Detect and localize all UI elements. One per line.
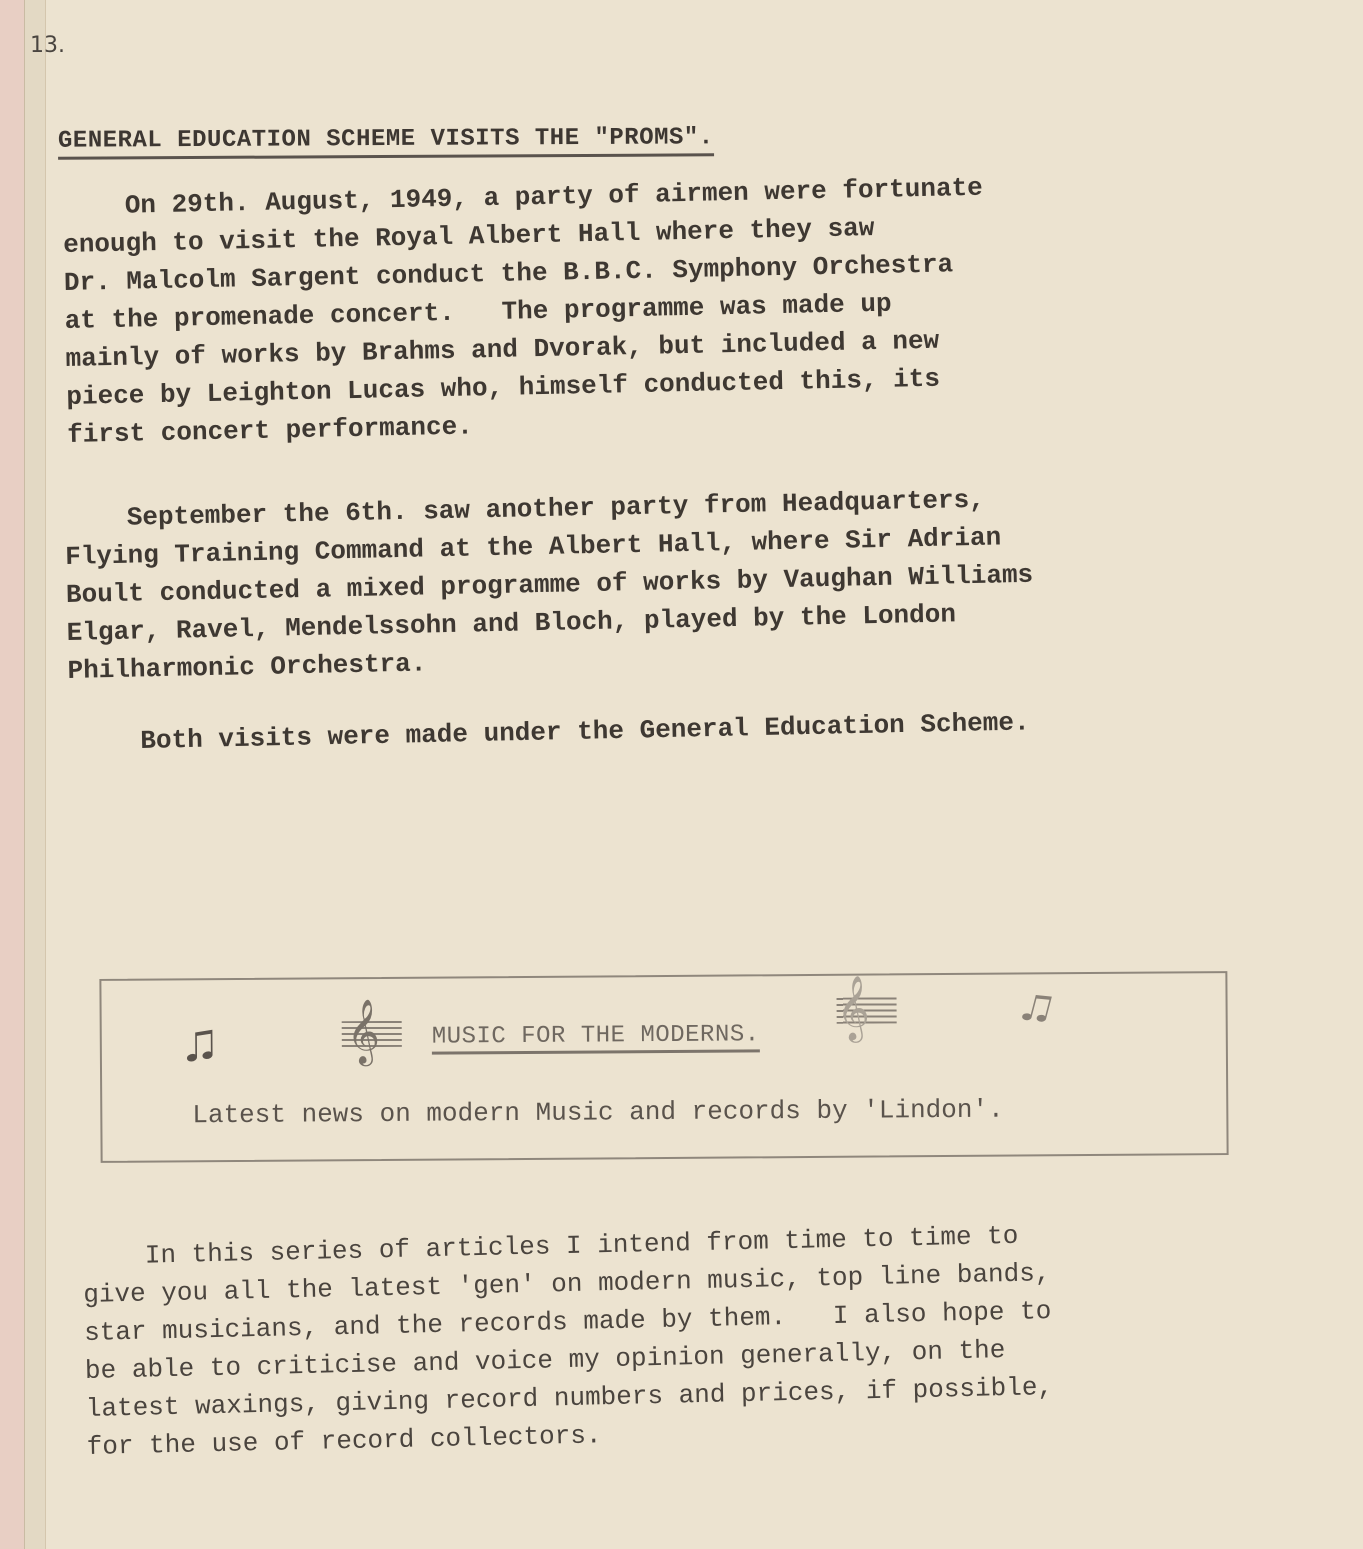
- article-paragraph-1: On 29th. August, 1949, a party of airmen…: [62, 169, 988, 454]
- treble-clef-icon: 𝄞: [347, 1004, 380, 1060]
- music-banner-box: ♫ 𝄞 MUSIC FOR THE MODERNS. 𝄞 ♫ Latest ne…: [99, 971, 1228, 1163]
- article-heading: GENERAL EDUCATION SCHEME VISITS THE "PRO…: [58, 124, 714, 159]
- banner-title: MUSIC FOR THE MODERNS.: [432, 1021, 760, 1054]
- treble-clef-icon: 𝄞: [836, 981, 869, 1037]
- column-intro-paragraph: In this series of articles I intend from…: [82, 1216, 1054, 1466]
- article-paragraph-2: September the 6th. saw another party fro…: [64, 480, 1035, 690]
- binding-edge: [24, 0, 46, 1549]
- banner-subtitle: Latest news on modern Music and records …: [192, 1095, 1004, 1131]
- beamed-notes-icon: ♫: [1016, 981, 1058, 1037]
- page-number: 13.: [30, 33, 65, 58]
- beamed-notes-icon: ♫: [184, 1020, 217, 1074]
